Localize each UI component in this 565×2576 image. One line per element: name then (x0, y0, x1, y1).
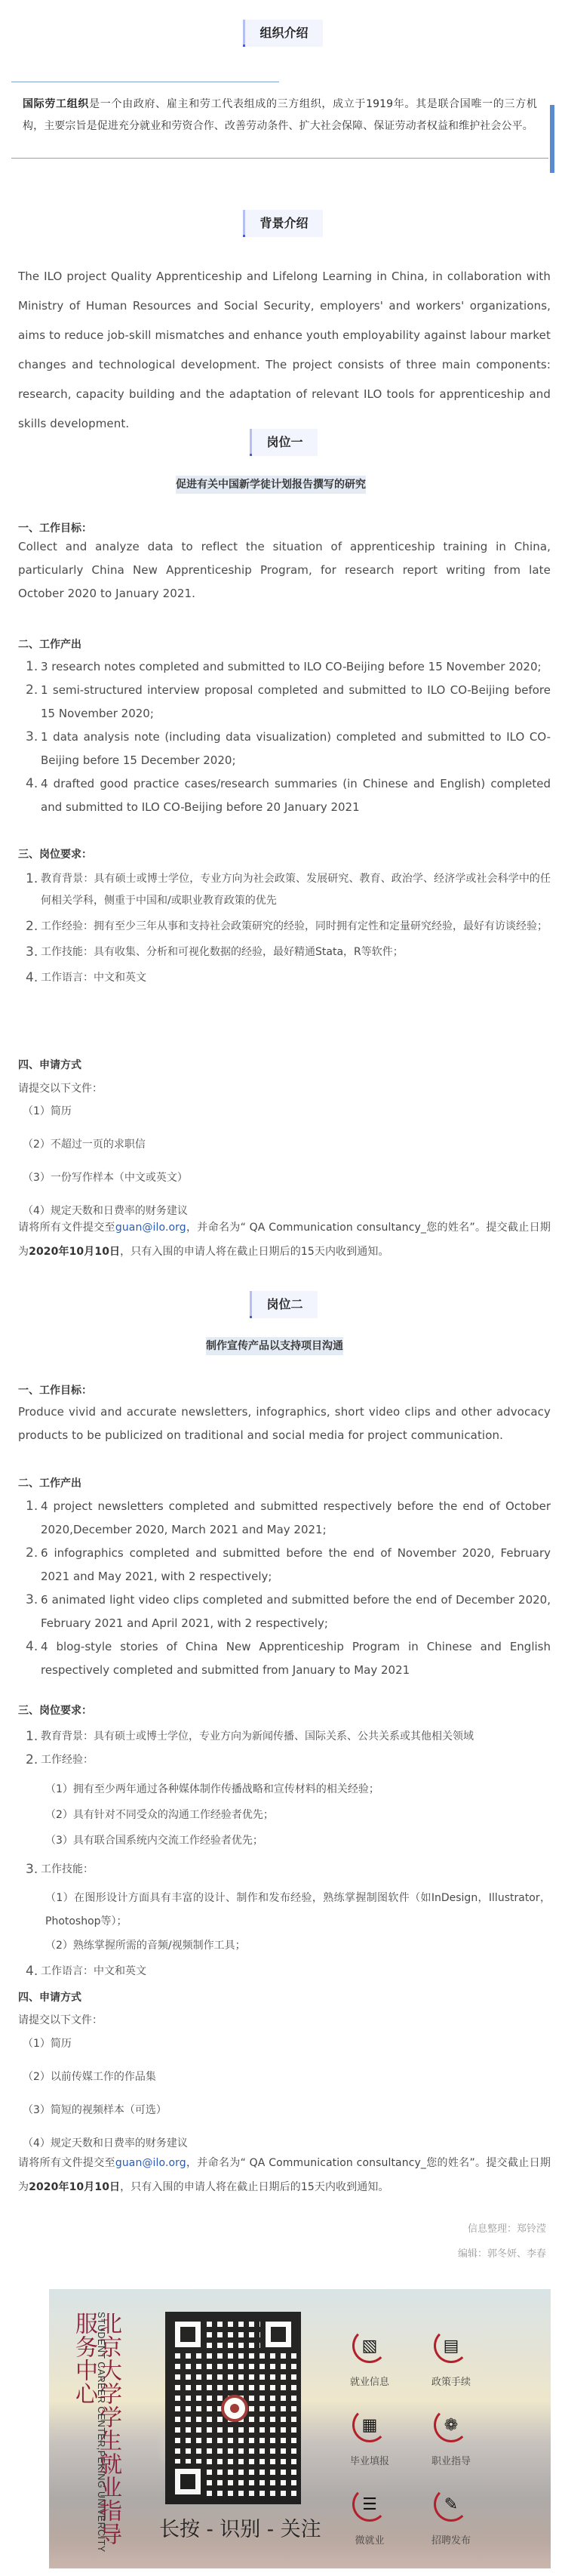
list-item: （2）以前传媒工作的作品集 (18, 2069, 188, 2085)
section-tag-background: 背景介绍 (243, 210, 323, 237)
list-item: 1.3 research notes completed and submitt… (18, 655, 551, 679)
sub-item: （1）拥有至少两年通过各种媒体制作传播战略和宣传材料的相关经验； (41, 1782, 551, 1797)
menu-item-policy[interactable]: ▤ 政策手续 (410, 2328, 493, 2388)
sub-list: （1）在图形设计方面具有丰富的设计、制作和发布经验，熟练掌握制图软件（如InDe… (41, 1887, 551, 1953)
position-1-subtitle: 促进有关中国新学徒计划报告撰写的研究 (176, 476, 366, 494)
list-item: 2.1 semi-structured interview proposal c… (18, 679, 551, 726)
section-tag-position-1: 岗位一 (250, 429, 318, 456)
compass-icon: ❁ (434, 2408, 468, 2442)
p2-apply-heading: 四、申请方式 (18, 1990, 81, 2005)
deadline: 2020年10月10日 (29, 1246, 120, 1258)
document-icon: ▤ (434, 2328, 468, 2363)
qr-caption: 长按 - 识别 - 关注 (159, 2513, 310, 2542)
list-item: （3）一份写作样本（中文或英文） (18, 1170, 188, 1185)
list-item: 1.教育背景：具有硕士或博士学位，专业方向为新闻传播、国际关系、公共关系或其他相… (18, 1726, 551, 1748)
list-item: 2.工作经验：拥有至少三年从事和支持社会政策研究的经验，同时拥有定性和定量研究经… (18, 916, 551, 938)
email-link[interactable]: guan@ilo.org (115, 2157, 186, 2169)
p1-goal-heading: 一、工作目标： (18, 521, 92, 536)
credit-editor: 编辑：郭冬妍、李春 (458, 2247, 546, 2262)
sub-item: （1）在图形设计方面具有丰富的设计、制作和发布经验，熟练掌握制图软件（如InDe… (41, 1887, 551, 1934)
pencil-icon: ✎ (434, 2487, 468, 2522)
divider (11, 82, 279, 82)
p1-submit-instructions: 请将所有文件提交至guan@ilo.org，并命名为“ QA Communica… (18, 1216, 551, 1264)
p2-submit-instructions: 请将所有文件提交至guan@ilo.org，并命名为“ QA Communica… (18, 2151, 551, 2199)
list-item: 3.工作技能：具有收集、分析和可视化数据的经验，最好精通Stata，R等软件； (18, 941, 551, 963)
p2-apply-intro: 请提交以下文件： (18, 2013, 103, 2028)
list-item: 4.4 blog-style stories of China New Appr… (18, 1635, 551, 1682)
divider (11, 158, 548, 159)
section-tag-label: 岗位一 (266, 435, 302, 449)
p1-output-heading: 二、工作产出 (18, 637, 81, 652)
section-tag-label: 背景介绍 (259, 216, 308, 230)
list-item: （1）简历 (18, 2036, 188, 2051)
menu-item-jobs[interactable]: ▧ 就业信息 (328, 2328, 411, 2388)
book-icon: ▧ (352, 2328, 387, 2363)
p2-req-list: 1.教育背景：具有硕士或博士学位，专业方向为新闻传播、国际关系、公共关系或其他相… (18, 1726, 551, 1993)
section-tag-org-intro: 组织介绍 (243, 20, 323, 47)
list-item: 2.工作经验： （1）拥有至少两年通过各种媒体制作传播战略和宣传材料的相关经验；… (18, 1749, 551, 1848)
credit-info: 信息整理：郑铃滢 (468, 2222, 546, 2237)
list-item: 3.6 animated light video clips completed… (18, 1588, 551, 1635)
list-item: 3.1 data analysis note (including data v… (18, 726, 551, 772)
p1-goal-text: Collect and analyze data to reflect the … (18, 535, 551, 605)
email-link[interactable]: guan@ilo.org (115, 1222, 186, 1234)
p2-req-heading: 三、岗位要求： (18, 1703, 92, 1718)
section-tag-position-2: 岗位二 (250, 1291, 318, 1318)
career-center-banner: 北京大学学生就业指导服务中心 STUDENT CAREER CENTER,PEK… (49, 2289, 551, 2568)
list-item: （2）不超过一页的求职信 (18, 1137, 188, 1152)
building-icon: ▦ (352, 2408, 387, 2442)
menu-item-recruit[interactable]: ✎ 招聘发布 (410, 2487, 493, 2547)
background-text: The ILO project Quality Apprenticeship a… (18, 262, 551, 439)
menu-item-guidance[interactable]: ❁ 职业指导 (410, 2408, 493, 2467)
sub-item: （3）具有联合国系统内交流工作经验者优先； (41, 1833, 551, 1848)
p2-goal-heading: 一、工作目标： (18, 1383, 92, 1398)
p1-req-list: 1.教育背景：具有硕士或博士学位，专业方向为社会政策、发展研究、教育、政治学、经… (18, 868, 551, 1000)
section-tag-label: 组织介绍 (259, 26, 308, 40)
sub-item: （2）熟练掌握所需的音频/视频制作工具； (41, 1938, 551, 1953)
list-item: 1.教育背景：具有硕士或博士学位，专业方向为社会政策、发展研究、教育、政治学、经… (18, 868, 551, 912)
p1-apply-heading: 四、申请方式 (18, 1058, 81, 1073)
list-item: 4.4 drafted good practice cases/research… (18, 772, 551, 819)
p2-document-list: （1）简历 （2）以前传媒工作的作品集 （3）简短的视频样本（可选） （4）规定… (18, 2036, 188, 2169)
org-intro-text: 国际劳工组织是一个由政府、雇主和劳工代表组成的三方组织，成立于1919年。其是联… (23, 94, 537, 137)
sub-list: （1）拥有至少两年通过各种媒体制作传播战略和宣传材料的相关经验； （2）具有针对… (41, 1782, 551, 1848)
p2-output-list: 1.4 project newsletters completed and su… (18, 1495, 551, 1682)
sub-item: （2）具有针对不同受众的沟通工作经验者优先； (41, 1807, 551, 1823)
position-2-subtitle: 制作宣传产品以支持项目沟通 (206, 1337, 343, 1355)
list-item: 2.6 infographics completed and submitted… (18, 1542, 551, 1588)
section-tag-label: 岗位二 (266, 1297, 302, 1311)
org-name: 国际劳工组织 (23, 98, 89, 110)
p2-goal-text: Produce vivid and accurate newsletters, … (18, 1400, 551, 1447)
list-item: （1）简历 (18, 1104, 188, 1119)
chat-icon: ☰ (352, 2487, 387, 2522)
menu-item-graduation[interactable]: ▦ 毕业填报 (328, 2408, 411, 2467)
p1-apply-intro: 请提交以下文件： (18, 1081, 103, 1096)
menu-item-micro-jobs[interactable]: ☰ 微就业 (328, 2487, 411, 2547)
org-name-en: STUDENT CAREER CENTER,PEKING UNIVERCITY (96, 2312, 106, 2553)
list-item: 1.4 project newsletters completed and su… (18, 1495, 551, 1542)
accent-bar (550, 105, 554, 173)
list-item: 3.工作技能： （1）在图形设计方面具有丰富的设计、制作和发布经验，熟练掌握制图… (18, 1859, 551, 1953)
list-item: （3）简短的视频样本（可选） (18, 2103, 188, 2118)
list-item: （4）规定天数和日费率的财务建议 (18, 2136, 188, 2151)
deadline: 2020年10月10日 (29, 2181, 120, 2193)
p2-output-heading: 二、工作产出 (18, 1476, 81, 1491)
list-item: 4.工作语言：中文和英文 (18, 967, 551, 989)
pku-logo-icon (221, 2395, 248, 2422)
list-item: 4.工作语言：中文和英文 (18, 1961, 551, 1983)
menu-grid: ▧ 就业信息 ▤ 政策手续 ▦ 毕业填报 ❁ 职业指导 ☰ 微就业 ✎ 招聘发布 (328, 2312, 524, 2553)
qr-code[interactable] (165, 2312, 301, 2504)
p1-output-list: 1.3 research notes completed and submitt… (18, 655, 551, 819)
p1-req-heading: 三、岗位要求： (18, 847, 92, 862)
